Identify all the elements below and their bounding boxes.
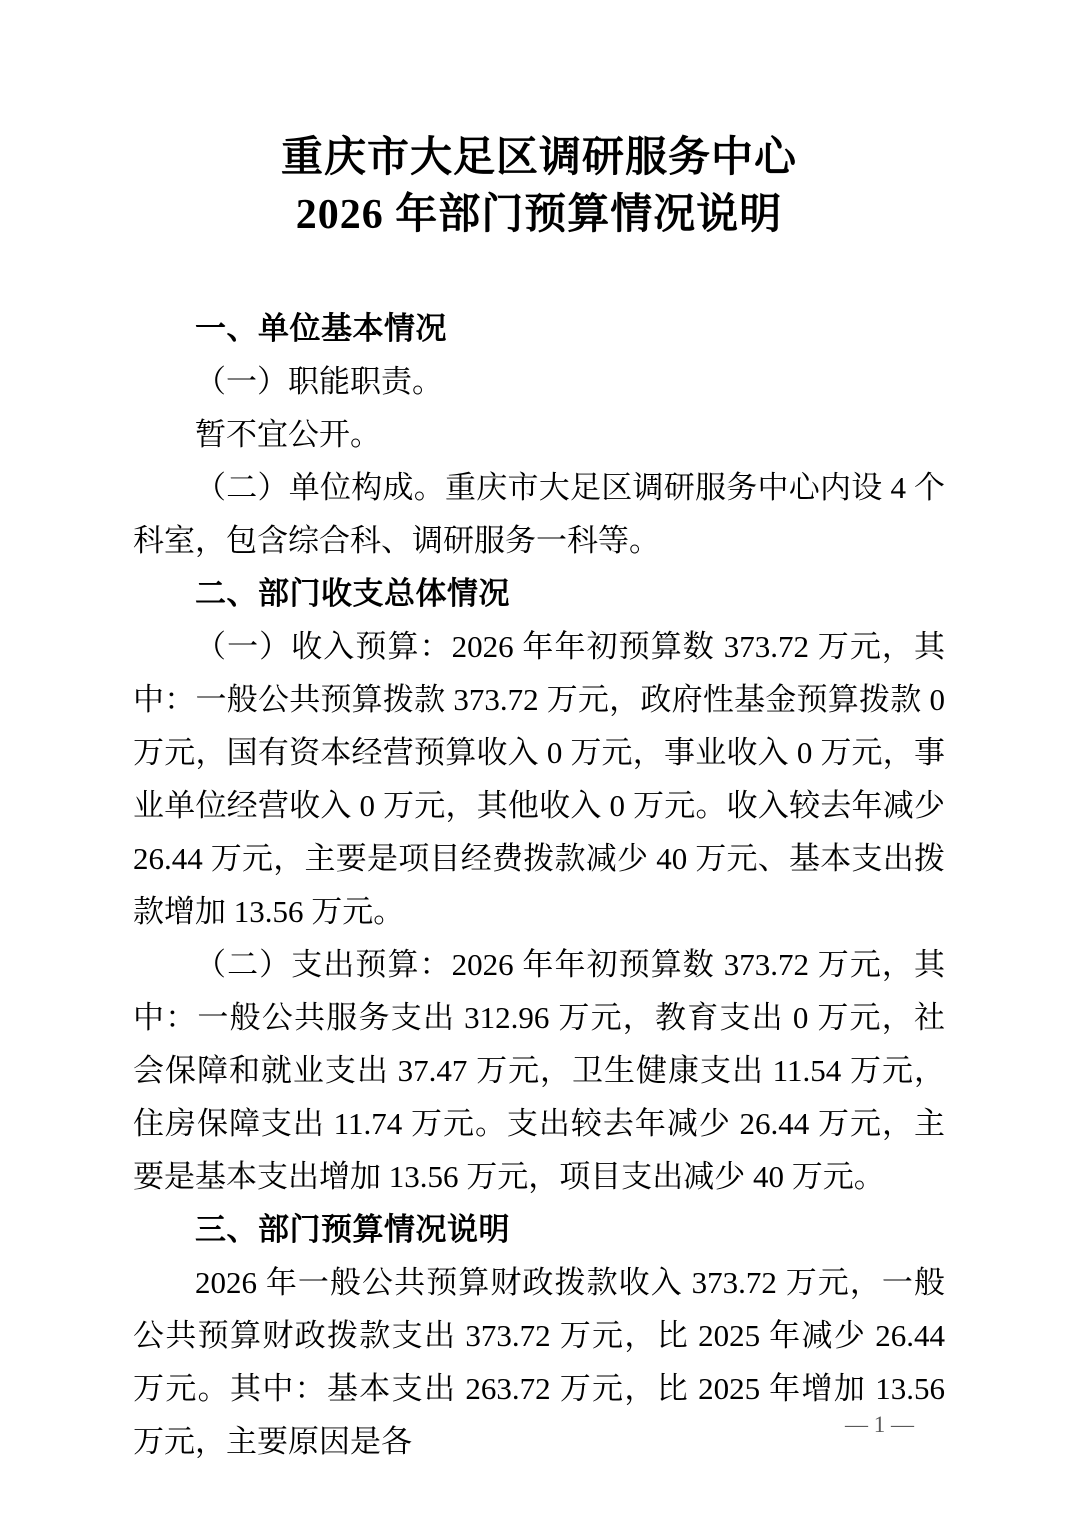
- body-paragraph: （二）支出预算：2026 年年初预算数 373.72 万元，其中：一般公共服务支…: [133, 938, 945, 1203]
- body-paragraph: 2026 年一般公共预算财政拨款收入 373.72 万元，一般公共预算财政拨款支…: [133, 1256, 945, 1468]
- page-content: 重庆市大足区调研服务中心 2026 年部门预算情况说明 一、单位基本情况（一）职…: [133, 0, 945, 1468]
- body-paragraph: （一）收入预算：2026 年年初预算数 373.72 万元，其中：一般公共预算拨…: [133, 620, 945, 938]
- body-paragraph: 暂不宜公开。: [133, 408, 945, 461]
- document-title-line2: 2026 年部门预算情况说明: [133, 187, 945, 244]
- section-heading: 二、部门收支总体情况: [133, 567, 945, 620]
- section-heading: 三、部门预算情况说明: [133, 1203, 945, 1256]
- page-number: — 1 —: [845, 1408, 914, 1442]
- document-body: 一、单位基本情况（一）职能职责。暂不宜公开。（二）单位构成。重庆市大足区调研服务…: [133, 302, 945, 1468]
- document-title-line1: 重庆市大足区调研服务中心: [133, 130, 945, 187]
- document-page: { "page": { "title_line1": "重庆市大足区调研服务中心…: [0, 0, 1074, 1520]
- document-title: 重庆市大足区调研服务中心 2026 年部门预算情况说明: [133, 130, 945, 244]
- body-paragraph: （一）职能职责。: [133, 355, 945, 408]
- section-heading: 一、单位基本情况: [133, 302, 945, 355]
- body-paragraph: （二）单位构成。重庆市大足区调研服务中心内设 4 个科室，包含综合科、调研服务一…: [133, 461, 945, 567]
